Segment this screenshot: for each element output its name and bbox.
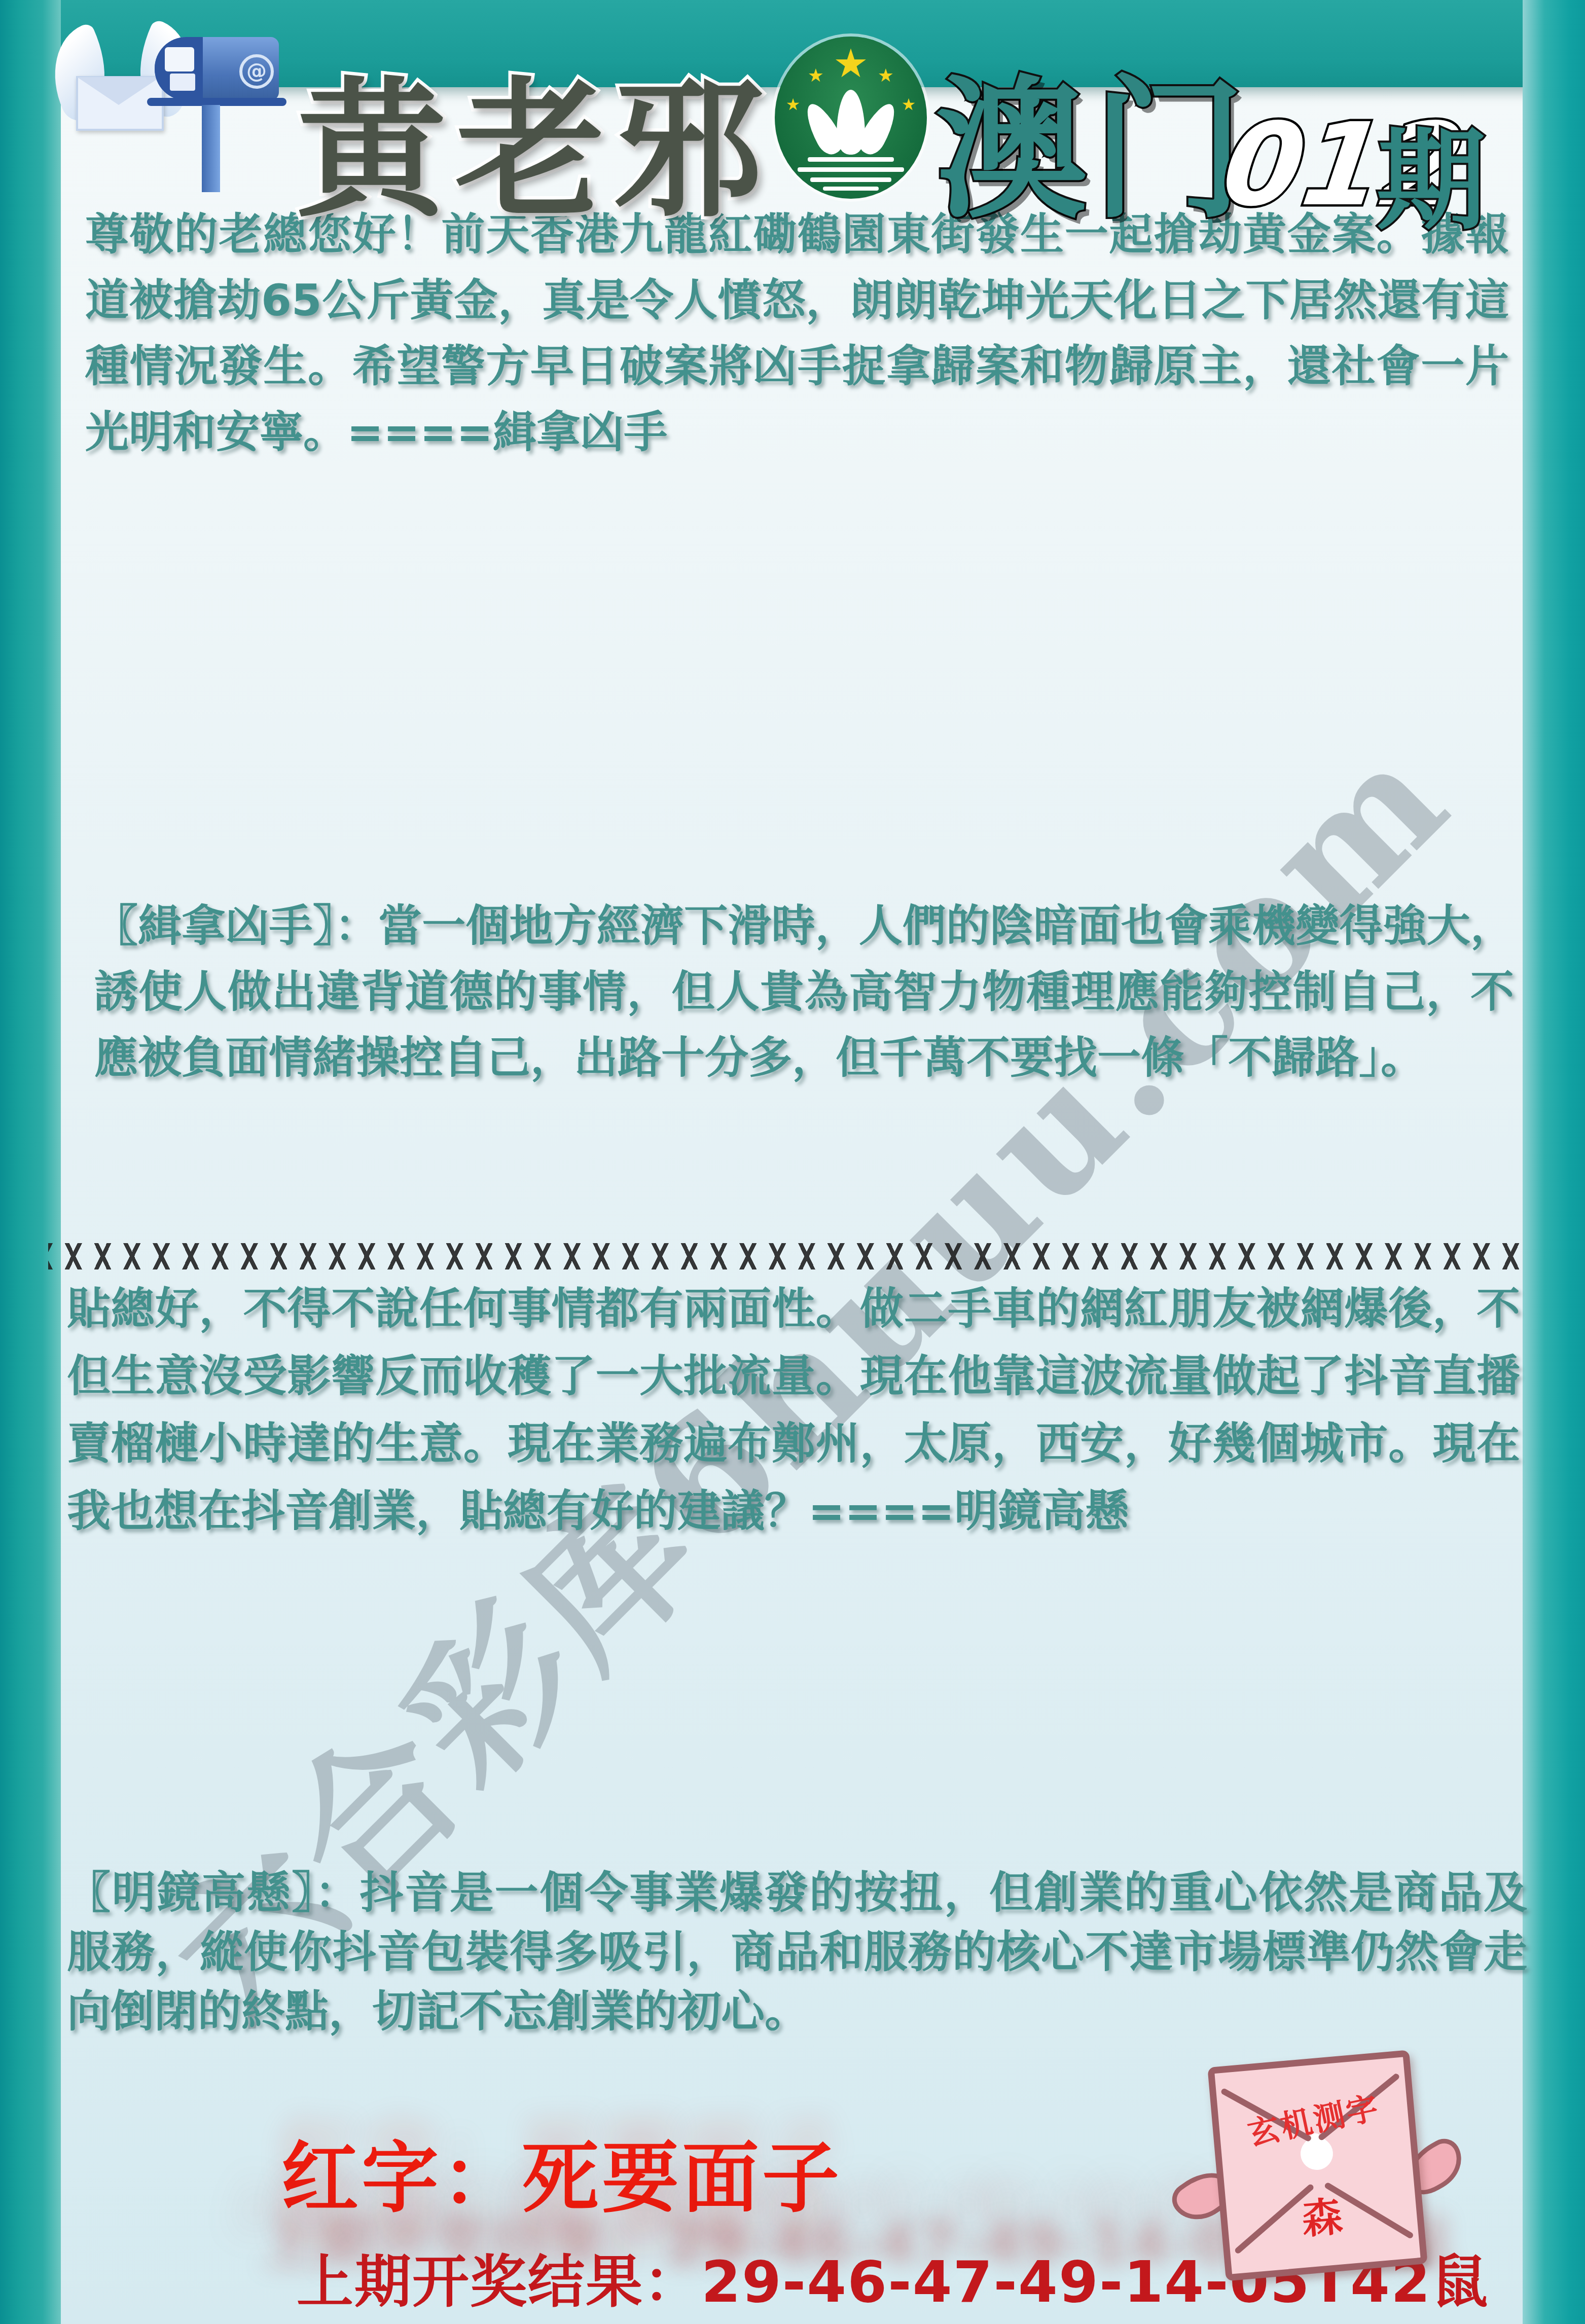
star-icon: ★ bbox=[808, 65, 824, 86]
star-icon: ★ bbox=[786, 95, 801, 114]
bridge-line-icon bbox=[808, 157, 894, 162]
macau-lotus-emblem-icon: ★ ★ ★ ★ ★ bbox=[775, 37, 927, 199]
mail-in-slot-icon bbox=[165, 47, 194, 71]
water-line-icon bbox=[798, 167, 904, 172]
previous-draw-label: 上期开奖结果： bbox=[297, 2249, 701, 2315]
left-teal-border bbox=[0, 0, 61, 2324]
mail-in-slot2-icon bbox=[170, 74, 195, 91]
mystery-envelope: 玄机测字 森 bbox=[1202, 2032, 1432, 2287]
reply-1-paragraph: 〖緝拿凶手〗：當一個地方經濟下滑時，人們的陰暗面也會乘機變得強大，誘使人做出違背… bbox=[94, 893, 1514, 1091]
star-icon: ★ bbox=[878, 65, 894, 86]
winged-mailbox-icon: @ bbox=[41, 8, 274, 180]
page-title: 黄老邪 bbox=[297, 30, 773, 245]
water-line-icon bbox=[823, 187, 879, 191]
water-line-icon bbox=[810, 177, 891, 182]
region-label: 澳门 bbox=[935, 28, 1250, 246]
envelope-seal-character: 森 bbox=[1225, 2177, 1419, 2252]
star-icon: ★ bbox=[902, 95, 916, 114]
flyer-canvas: 六合彩库6huuu.com @ 黄老邪 ★ ★ ★ ★ ★ 澳门 012 期 尊… bbox=[0, 0, 1585, 2324]
red-hint-text: 红字：死要面子 bbox=[281, 2117, 842, 2227]
mailbox-pole-icon bbox=[202, 105, 220, 192]
reply-2-paragraph: 〖明鏡高懸〗：抖音是一個令事業爆發的按扭，但創業的重心依然是商品及服務，縱使你抖… bbox=[67, 1864, 1527, 2042]
envelope-body-icon: 玄机测字 森 bbox=[1207, 2050, 1427, 2281]
at-symbol-icon: @ bbox=[239, 54, 274, 89]
right-teal-border bbox=[1523, 0, 1585, 2324]
letter-2-paragraph: 貼總好，不得不說任何事情都有兩面性。做二手車的網紅朋友被網爆後，不但生意沒受影響… bbox=[67, 1276, 1520, 1545]
issue-suffix: 期 bbox=[1377, 94, 1486, 250]
stitch-divider bbox=[48, 1243, 1527, 1269]
star-icon: ★ bbox=[833, 41, 869, 87]
